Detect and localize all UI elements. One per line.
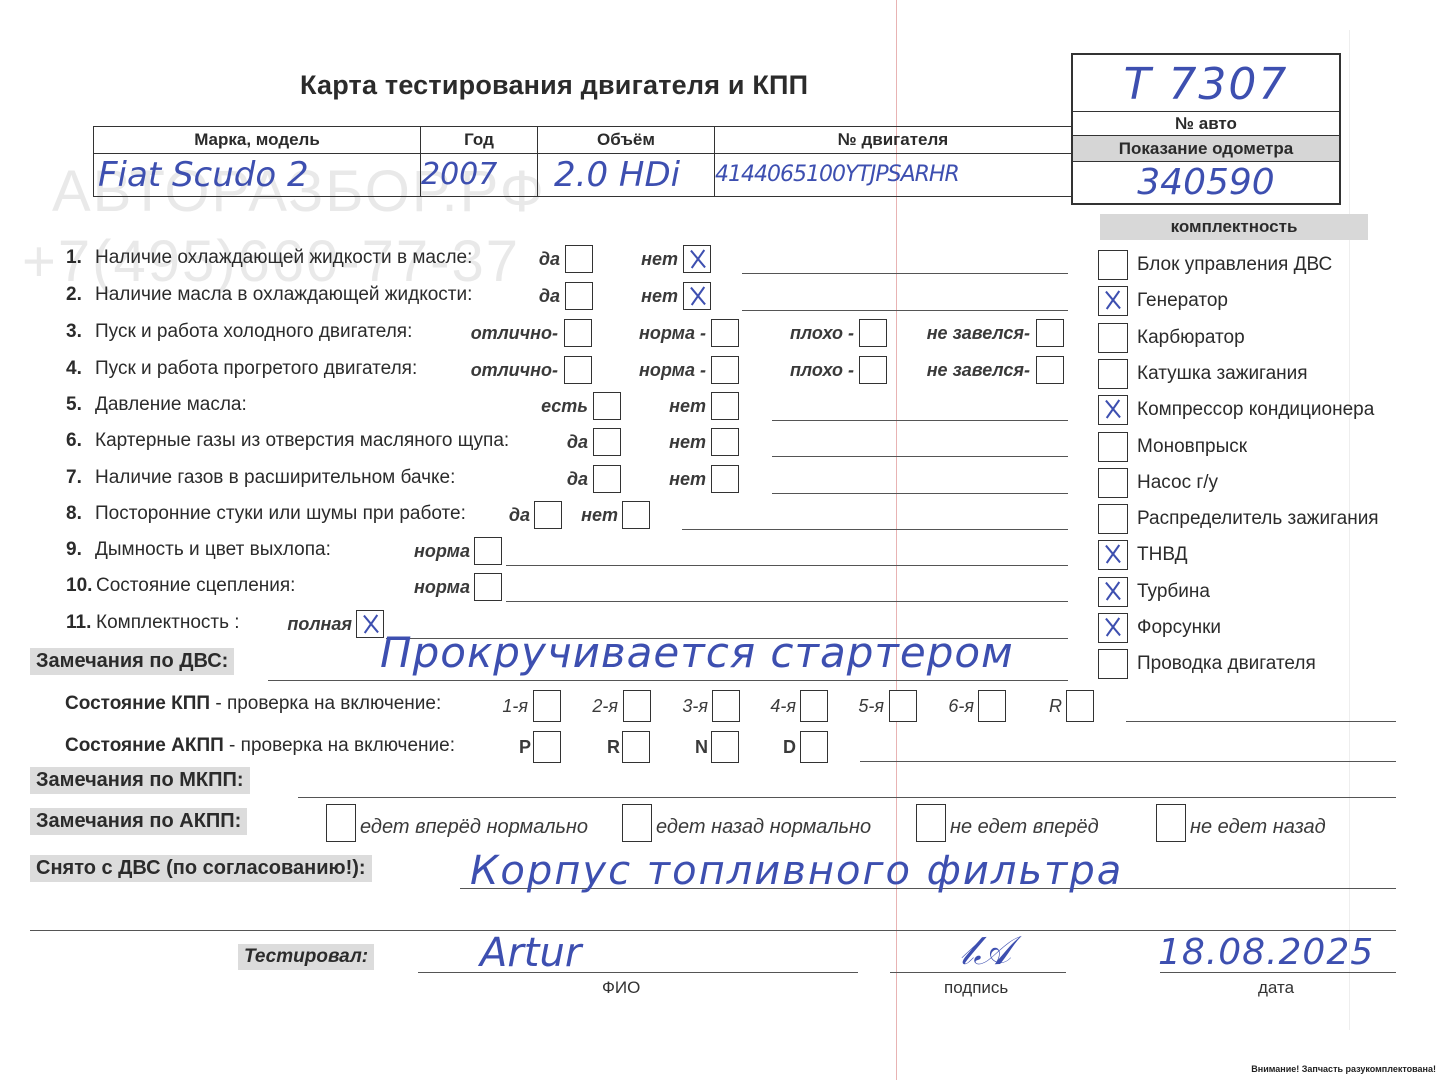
col-header-year: Год: [421, 127, 538, 154]
checklist-note-line: [742, 310, 1068, 311]
akpp-option-checkbox[interactable]: [1156, 804, 1186, 842]
checklist-option-label: норма: [414, 541, 470, 562]
odometer-value[interactable]: 340590: [1073, 162, 1339, 204]
remarks-engine-label: Замечания по ДВС:: [30, 648, 234, 675]
checkbox[interactable]: [711, 319, 739, 347]
volume-value[interactable]: 2.0 HDi: [538, 154, 715, 197]
completeness-checkbox[interactable]: [1098, 540, 1128, 570]
gear-label: 2-я: [592, 696, 618, 717]
vehicle-table: Марка, модель Год Объём № двигателя Fiat…: [93, 126, 1072, 197]
checklist-label: Наличие масла в охлаждающей жидкости:: [95, 284, 472, 306]
gear-checkbox[interactable]: [623, 690, 651, 722]
removed-label: Снято с ДВС (по согласованию!):: [30, 855, 372, 882]
completeness-checkbox[interactable]: [1098, 395, 1128, 425]
checklist-note-line: [772, 493, 1068, 494]
gear-label: P: [519, 737, 531, 758]
checkbox[interactable]: [474, 573, 502, 601]
checklist-label: Пуск и работа холодного двигателя:: [95, 321, 412, 343]
checklist-number: 6.: [66, 430, 82, 452]
akpp-option-checkbox[interactable]: [326, 804, 356, 842]
checklist-number: 8.: [66, 503, 82, 525]
checkbox[interactable]: [564, 356, 592, 384]
auto-info-box: T 7307 № авто Показание одометра 340590: [1071, 53, 1341, 205]
completeness-checkbox[interactable]: [1098, 286, 1128, 316]
checklist-label: Наличие охлаждающей жидкости в масле:: [95, 247, 472, 269]
akpp-option-label: едет вперёд нормально: [360, 816, 588, 839]
completeness-item-label: Моновпрыск: [1137, 436, 1247, 458]
checkbox[interactable]: [565, 245, 593, 273]
remarks-akpp-label: Замечания по АКПП:: [30, 808, 247, 835]
remarks-engine-line: [268, 680, 1068, 681]
model-value[interactable]: Fiat Scudo 2: [94, 154, 421, 197]
removed-value[interactable]: Корпус топливного фильтра: [470, 848, 1123, 894]
completeness-item-label: ТНВД: [1137, 544, 1187, 566]
checklist-number: 2.: [66, 284, 82, 306]
checklist-option-label: нет: [669, 432, 706, 453]
checklist-option-label: не завелся-: [927, 360, 1030, 381]
completeness-item-label: Распределитель зажигания: [1137, 508, 1379, 530]
checklist-option-label: да: [539, 286, 560, 307]
akpp-option-checkbox[interactable]: [622, 804, 652, 842]
auto-number[interactable]: T 7307: [1073, 59, 1339, 111]
checklist-option-label: нет: [641, 249, 678, 270]
footer-note: Внимание! Запчасть разукомплектована!: [1251, 1064, 1436, 1074]
year-value[interactable]: 2007: [421, 154, 538, 197]
completeness-checkbox[interactable]: [1098, 359, 1128, 389]
checkbox[interactable]: [622, 501, 650, 529]
checkbox[interactable]: [859, 319, 887, 347]
gear-checkbox[interactable]: [533, 731, 561, 763]
checklist-option-label: отлично-: [471, 323, 558, 344]
gearbox-manual-label-rest: - проверка на включение:: [210, 693, 441, 714]
completeness-item-label: Блок управления ДВС: [1137, 254, 1332, 276]
col-header-engine-number: № двигателя: [715, 127, 1072, 154]
completeness-item-label: Проводка двигателя: [1137, 653, 1316, 675]
remarks-engine-value[interactable]: Прокручивается стартером: [380, 628, 1014, 677]
checkbox[interactable]: [683, 282, 711, 310]
remarks-mkpp-label: Замечания по МКПП:: [30, 767, 250, 794]
gearbox-auto-label: Состояние АКПП - проверка на включение:: [65, 735, 455, 757]
checkbox[interactable]: [711, 465, 739, 493]
page-title: Карта тестирования двигателя и КПП: [300, 70, 808, 101]
checklist-number: 3.: [66, 321, 82, 343]
checklist-note-line: [742, 273, 1068, 274]
checklist-option-label: да: [509, 505, 530, 526]
gear-label: 1-я: [502, 696, 528, 717]
completeness-item-label: Генератор: [1137, 290, 1228, 312]
gear-label: R: [607, 737, 620, 758]
akpp-option-label: не едет назад: [1190, 816, 1326, 839]
checkbox[interactable]: [565, 282, 593, 310]
checklist-label: Посторонние стуки или шумы при работе:: [95, 503, 466, 525]
checklist-number: 5.: [66, 394, 82, 416]
checkbox[interactable]: [593, 428, 621, 456]
akpp-option-label: едет назад нормально: [656, 816, 871, 839]
completeness-item-label: Насос г/у: [1137, 472, 1218, 494]
completeness-checkbox[interactable]: [1098, 432, 1128, 462]
checklist-number: 7.: [66, 467, 82, 489]
checklist-option-label: плохо -: [790, 360, 854, 381]
gearbox-manual-label-bold: Состояние КПП: [65, 693, 210, 714]
checklist-number: 4.: [66, 358, 82, 380]
checklist-label: Картерные газы из отверстия масляного щу…: [95, 430, 509, 452]
gear-checkbox[interactable]: [712, 690, 740, 722]
gearbox-auto-line: [860, 761, 1396, 762]
completeness-header: комплектность: [1100, 214, 1368, 240]
gear-checkbox[interactable]: [1066, 690, 1094, 722]
checklist-option-label: не завелся-: [927, 323, 1030, 344]
checklist-note-line: [772, 456, 1068, 457]
engine-number-value[interactable]: 4144065100YTJPSARHR: [715, 154, 1072, 197]
gear-label: D: [783, 737, 796, 758]
gear-checkbox[interactable]: [711, 731, 739, 763]
gear-label: 5-я: [858, 696, 884, 717]
checklist-option-label: нет: [641, 286, 678, 307]
name-caption: ФИО: [602, 978, 640, 998]
checklist-number: 1.: [66, 247, 82, 269]
checklist-label: Наличие газов в расширительном бачке:: [95, 467, 455, 489]
completeness-item-label: Турбина: [1137, 581, 1210, 603]
checkbox[interactable]: [534, 501, 562, 529]
tested-by-label: Тестировал:: [238, 944, 374, 970]
removed-line-2: [30, 930, 1396, 931]
checklist-note-line: [506, 565, 1068, 566]
gear-checkbox[interactable]: [978, 690, 1006, 722]
checklist-option-label: нет: [669, 469, 706, 490]
completeness-item-label: Карбюратор: [1137, 327, 1245, 349]
gear-label: R: [1049, 696, 1062, 717]
checklist-option-label: нет: [669, 396, 706, 417]
signature-caption: подпись: [944, 978, 1008, 998]
gearbox-manual-line: [1126, 721, 1396, 722]
gear-checkbox[interactable]: [889, 690, 917, 722]
checklist-note-line: [772, 420, 1068, 421]
checkbox[interactable]: [474, 537, 502, 565]
checklist-option-label: норма -: [639, 360, 706, 381]
checkbox[interactable]: [593, 465, 621, 493]
checklist-label: Давление масла:: [95, 394, 247, 416]
gear-label: 4-я: [770, 696, 796, 717]
completeness-checkbox[interactable]: [1098, 504, 1128, 534]
gear-label: N: [695, 737, 708, 758]
signature-icon: 𝓁𝒜: [960, 928, 1011, 974]
completeness-checkbox[interactable]: [1098, 323, 1128, 353]
gear-checkbox[interactable]: [800, 731, 828, 763]
gear-checkbox[interactable]: [533, 690, 561, 722]
checklist-option-label: да: [539, 249, 560, 270]
checkbox[interactable]: [1036, 319, 1064, 347]
remarks-mkpp-line[interactable]: [298, 797, 1396, 798]
checklist-option-label: да: [567, 469, 588, 490]
completeness-item-label: Форсунки: [1137, 617, 1221, 639]
col-header-volume: Объём: [538, 127, 715, 154]
checklist-number: 10.: [66, 575, 92, 597]
gearbox-manual-label: Состояние КПП - проверка на включение:: [65, 693, 441, 715]
checklist-option-label: норма -: [639, 323, 706, 344]
gear-label: 6-я: [948, 696, 974, 717]
completeness-checkbox[interactable]: [1098, 468, 1128, 498]
checklist-label: Комплектность :: [96, 612, 240, 634]
completeness-item-label: Компрессор кондиционера: [1137, 399, 1374, 421]
checklist-label: Состояние сцепления:: [96, 575, 295, 597]
checklist-number: 9.: [66, 539, 82, 561]
checklist-option-label: да: [567, 432, 588, 453]
checkbox[interactable]: [711, 428, 739, 456]
checklist-option-label: плохо -: [790, 323, 854, 344]
checkbox[interactable]: [859, 356, 887, 384]
checklist-option-label: отлично-: [471, 360, 558, 381]
checkbox[interactable]: [1036, 356, 1064, 384]
checklist-option-label: нет: [581, 505, 618, 526]
checklist-note-line: [506, 601, 1068, 602]
checkbox[interactable]: [711, 392, 739, 420]
checkbox[interactable]: [711, 356, 739, 384]
checkbox[interactable]: [683, 245, 711, 273]
completeness-checkbox[interactable]: [1098, 613, 1128, 643]
gearbox-auto-label-rest: - проверка на включение:: [224, 735, 455, 756]
akpp-option-label: не едет вперёд: [950, 816, 1099, 839]
gear-checkbox[interactable]: [800, 690, 828, 722]
checklist-label: Пуск и работа прогретого двигателя:: [95, 358, 417, 380]
date-caption: дата: [1258, 978, 1294, 998]
checklist-number: 11.: [66, 612, 91, 634]
completeness-checkbox[interactable]: [1098, 250, 1128, 280]
gear-checkbox[interactable]: [622, 731, 650, 763]
checklist-option-label: полная: [287, 614, 352, 635]
akpp-option-checkbox[interactable]: [916, 804, 946, 842]
checklist-option-label: есть: [541, 396, 588, 417]
gear-label: 3-я: [682, 696, 708, 717]
completeness-item-label: Катушка зажигания: [1137, 363, 1308, 385]
checklist-note-line: [682, 529, 1068, 530]
checkbox[interactable]: [593, 392, 621, 420]
col-header-model: Марка, модель: [94, 127, 421, 154]
checklist-option-label: норма: [414, 577, 470, 598]
checkbox[interactable]: [564, 319, 592, 347]
auto-number-label: № авто: [1073, 111, 1339, 136]
test-date[interactable]: 18.08.2025: [1158, 932, 1374, 973]
completeness-checkbox[interactable]: [1098, 577, 1128, 607]
checklist-label: Дымность и цвет выхлопа:: [95, 539, 331, 561]
tester-name[interactable]: Artur: [480, 930, 581, 976]
completeness-checkbox[interactable]: [1098, 649, 1128, 679]
gearbox-auto-label-bold: Состояние АКПП: [65, 735, 224, 756]
odometer-label: Показание одометра: [1073, 135, 1339, 162]
